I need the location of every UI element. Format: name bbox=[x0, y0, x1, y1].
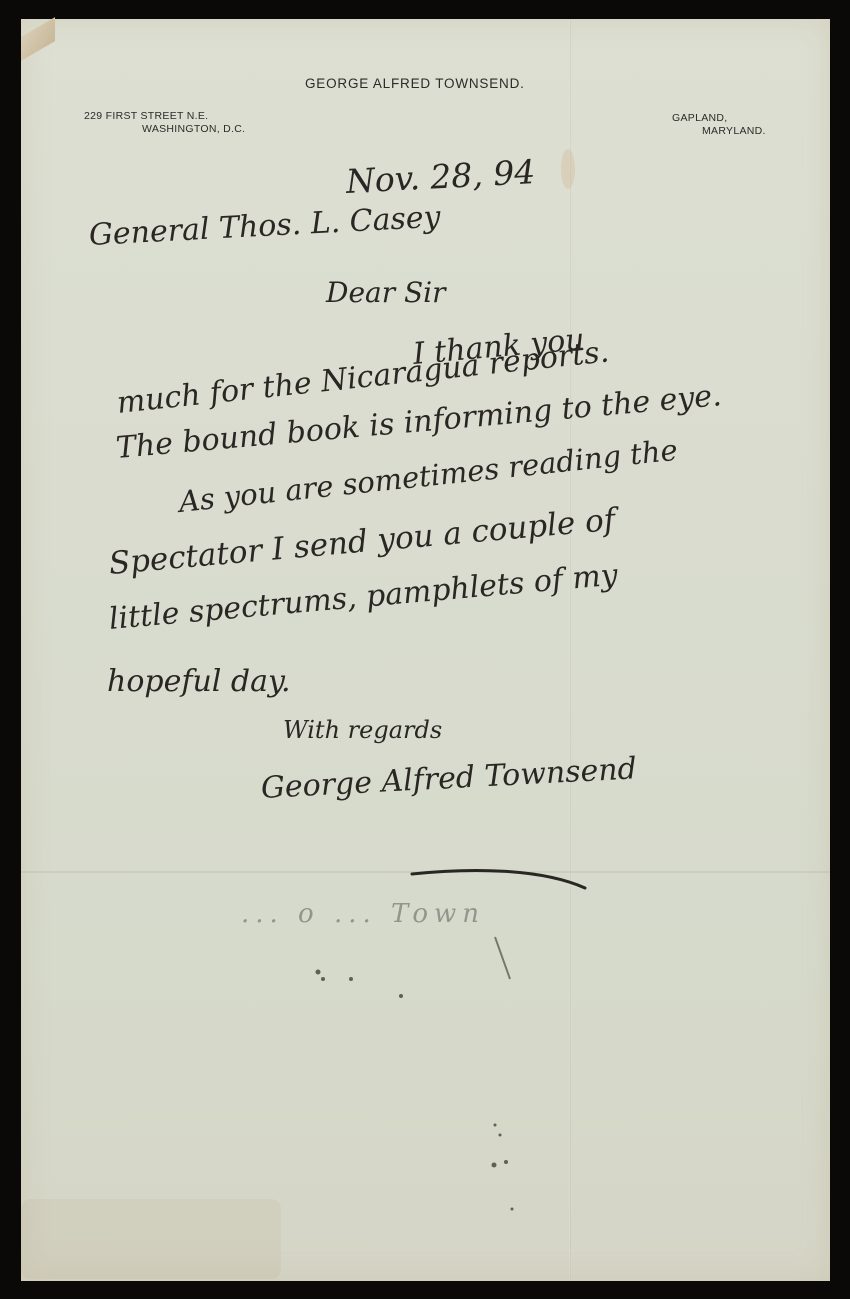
letter-sheet: GEORGE ALFRED TOWNSEND. 229 FIRST STREET… bbox=[21, 19, 830, 1281]
ink-specks bbox=[21, 19, 830, 1281]
